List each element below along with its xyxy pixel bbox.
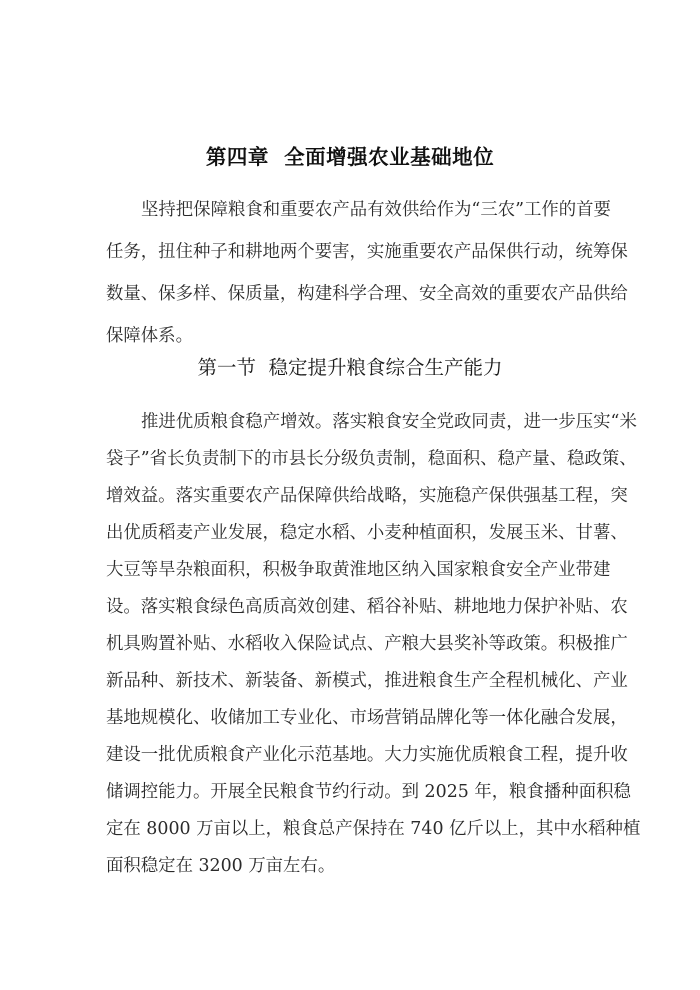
paragraph-line: 数量、保多样、保质量，构建科学合理、安全高效的重要农产品供给	[106, 281, 596, 307]
paragraph-line: 机具购置补贴、水稻收入保险试点、产粮大县奖补等政策。积极推广	[106, 631, 596, 657]
paragraph-line: 大豆等旱杂粮面积，积极争取黄淮地区纳入国家粮食安全产业带建	[106, 557, 596, 583]
paragraph-line: 出优质稻麦产业发展，稳定水稻、小麦种植面积，发展玉米、甘薯、	[106, 520, 596, 546]
paragraph-line: 面积稳定在 3200 万亩左右。	[106, 853, 335, 879]
paragraph-line: 建设一批优质粮食产业化示范基地。大力实施优质粮食工程，提升收	[106, 742, 596, 768]
paragraph-line: 任务，扭住种子和耕地两个要害，实施重要农产品保供行动，统筹保	[106, 239, 596, 265]
paragraph-line: 坚持把保障粮食和重要农产品有效供给作为“三农”工作的首要	[141, 197, 596, 223]
paragraph-line: 推进优质粮食稳产增效。落实粮食安全党政同责，进一步压实“米	[141, 409, 596, 435]
paragraph-line: 保障体系。	[106, 323, 193, 349]
paragraph-line: 定在 8000 万亩以上，粮食总产保持在 740 亿斤以上，其中水稻种植	[106, 816, 596, 842]
chapter-title: 第四章 全面增强农业基础地位	[0, 142, 700, 172]
paragraph-line: 设。落实粮食绿色高质高效创建、稻谷补贴、耕地地力保护补贴、农	[106, 594, 596, 620]
paragraph-line: 袋子”省长负责制下的市县长分级负责制，稳面积、稳产量、稳政策、	[106, 446, 596, 472]
paragraph-line: 新品种、新技术、新装备、新模式，推进粮食生产全程机械化、产业	[106, 668, 596, 694]
paragraph-line: 增效益。落实重要农产品保障供给战略，实施稳产保供强基工程，突	[106, 483, 596, 509]
document-page: 第四章 全面增强农业基础地位 坚持把保障粮食和重要农产品有效供给作为“三农”工作…	[0, 0, 700, 990]
section-title: 第一节 稳定提升粮食综合生产能力	[0, 353, 700, 383]
paragraph-line: 储调控能力。开展全民粮食节约行动。到 2025 年，粮食播种面积稳	[106, 779, 596, 805]
paragraph-line: 基地规模化、收储加工专业化、市场营销品牌化等一体化融合发展，	[106, 705, 596, 731]
